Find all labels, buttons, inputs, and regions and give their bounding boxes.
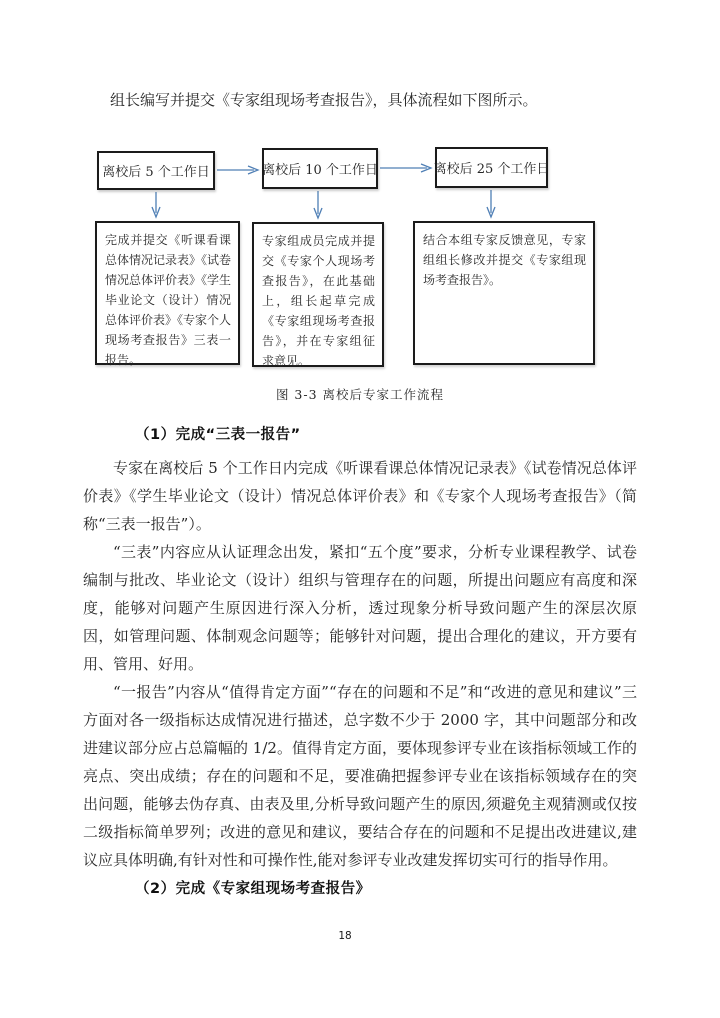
flow-stage-1-label: 离校后 5 个工作日 xyxy=(102,161,210,180)
flow-stage-3-detail-box: 结合本组专家反馈意见，专家组组长修改并提交《专家组现场考查报告》。 xyxy=(413,221,595,365)
flow-stage-1-detail: 完成并提交《听课看课总体情况记录表》《试卷情况总体评价表》《学生毕业论文（设计）… xyxy=(105,233,231,367)
document-page: 组长编写并提交《专家组现场考查报告》，具体流程如下图所示。 离校后 5 个工作日… xyxy=(0,0,720,1018)
arrow-down-1-head xyxy=(152,207,160,217)
flow-stage-2-label: 离校后 10 个工作日 xyxy=(262,159,378,178)
flow-stage-1-label-box: 离校后 5 个工作日 xyxy=(97,151,215,190)
flow-stage-3-detail: 结合本组专家反馈意见，专家组组长修改并提交《专家组现场考查报告》。 xyxy=(423,233,586,287)
flow-stage-2-detail-box: 专家组成员完成并提交《专家个人现场考查报告》，在此基础上，组长起草完成《专家组现… xyxy=(252,222,384,367)
figure-caption: 图 3-3 离校后专家工作流程 xyxy=(0,385,720,403)
page-number: 18 xyxy=(0,930,690,942)
flow-stage-3-label: 离校后 25 个工作日 xyxy=(434,158,550,177)
flow-stage-1-detail-box: 完成并提交《听课看课总体情况记录表》《试卷情况总体评价表》《学生毕业论文（设计）… xyxy=(95,221,240,365)
flow-stage-2-label-box: 离校后 10 个工作日 xyxy=(262,148,378,189)
flow-stage-3-label-box: 离校后 25 个工作日 xyxy=(435,147,548,188)
section-2-heading: （2）完成《专家组现场考查报告》 xyxy=(83,874,637,904)
arrow-down-2-head xyxy=(314,208,322,218)
body-text-block: （1）完成“三表一报告” 专家在离校后 5 个工作日内完成《听课看课总体情况记录… xyxy=(83,420,637,904)
section-1-paragraph-1: 专家在离校后 5 个工作日内完成《听课看课总体情况记录表》《试卷情况总体评价表》… xyxy=(83,454,637,538)
arrow-down-3-head xyxy=(487,207,495,217)
arrow-right-2-head xyxy=(421,164,431,172)
section-1-paragraph-3: “一报告”内容从“值得肯定方面”“存在的问题和不足”和“改进的意见和建议”三方面… xyxy=(83,678,637,874)
intro-paragraph: 组长编写并提交《专家组现场考查报告》，具体流程如下图所示。 xyxy=(83,88,637,112)
section-1-paragraph-2: “三表”内容应从认证理念出发，紧扣“五个度”要求，分析专业课程教学、试卷编制与批… xyxy=(83,538,637,678)
section-1-heading: （1）完成“三表一报告” xyxy=(83,420,637,450)
flow-stage-2-detail: 专家组成员完成并提交《专家个人现场考查报告》，在此基础上，组长起草完成《专家组现… xyxy=(262,234,375,368)
arrow-right-1-head xyxy=(248,166,258,174)
